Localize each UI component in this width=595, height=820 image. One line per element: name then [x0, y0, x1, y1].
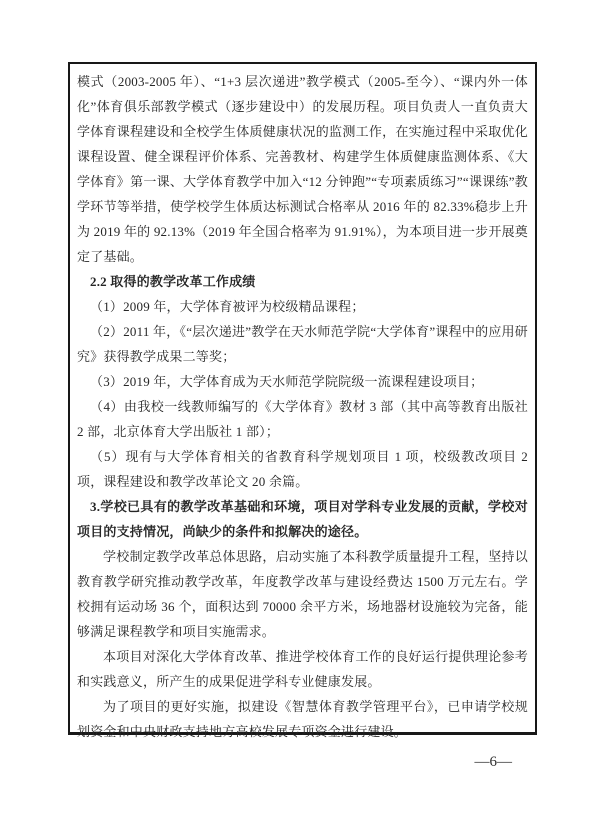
section-heading-2-2: 2.2 取得的教学改革工作成绩 — [77, 269, 528, 294]
list-item-1: （1）2009 年，大学体育被评为校级精品课程； — [77, 294, 528, 319]
list-item-3: （3）2019 年，大学体育成为天水师范学院院级一流课程建设项目； — [77, 369, 528, 394]
list-item-5: （5）现有与大学体育相关的省教育科学规划项目 1 项，校级教改项目 2 项，课程… — [77, 444, 528, 494]
content-border-box: 模式（2003-2005 年）、“1+3 层次递进”教学模式（2005-至今）、… — [68, 62, 537, 735]
paragraph-platform-funding: 为了项目的更好实施，拟建设《智慧体育教学管理平台》，已申请学校规划资金和中央财政… — [77, 694, 528, 744]
document-page: 模式（2003-2005 年）、“1+3 层次递进”教学模式（2005-至今）、… — [0, 0, 595, 820]
list-item-4: （4）由我校一线教师编写的《大学体育》教材 3 部（其中高等教育出版社 2 部，… — [77, 394, 528, 444]
paragraph-continuation: 模式（2003-2005 年）、“1+3 层次递进”教学模式（2005-至今）、… — [77, 69, 528, 269]
section-heading-3: 3.学校已具有的教学改革基础和环境，项目对学科专业发展的贡献，学校对项目的支持情… — [77, 494, 528, 544]
paragraph-project-value: 本项目对深化大学体育改革、推进学校体育工作的良好运行提供理论参考和实践意义，所产… — [77, 644, 528, 694]
paragraph-school-basis: 学校制定教学改革总体思路，启动实施了本科教学质量提升工程，坚持以教育教学研究推动… — [77, 544, 528, 644]
list-item-2: （2）2011 年，《“层次递进”教学在天水师范学院“大学体育”课程中的应用研究… — [77, 319, 528, 369]
page-number: —6— — [475, 754, 513, 771]
